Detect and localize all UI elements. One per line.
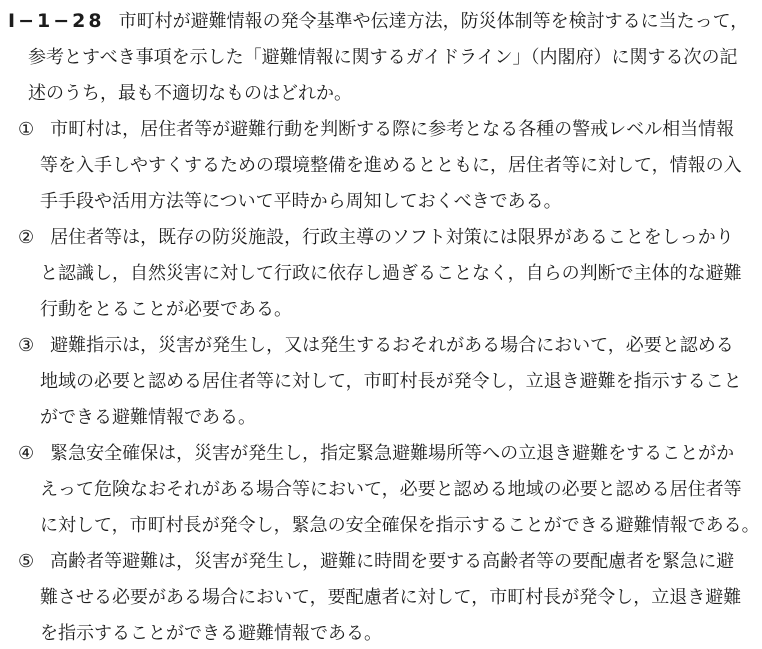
choice-3-line-2: 地域の必要と認める居住者等に対して，市町村長が発令し，立退き避難を指示すること: [0, 363, 762, 399]
choice-2-marker: ②: [18, 227, 34, 247]
question-stem-text: 市町村が避難情報の発令基準や伝達方法，防災体制等を検討するに当たって，: [119, 11, 749, 31]
choice-4-text: 緊急安全確保は，災害が発生し，指定緊急避難場所等への立退き避難をすることがか: [50, 443, 734, 463]
question-stem-line-3: 述のうち，最も不適切なものはどれか。: [0, 75, 762, 111]
choice-1-line-3: 手手段や活用方法等について平時から周知しておくべきである。: [0, 183, 762, 219]
choice-1-line-2: 等を入手しやすくするための環境整備を進めるとともに，居住者等に対して，情報の入: [0, 147, 762, 183]
choice-4-line-2: えって危険なおそれがある場合等において，必要と認める地域の必要と認める居住者等: [0, 471, 762, 507]
choice-2-text: 居住者等は，既存の防災施設，行政主導のソフト対策には限界があることをしっかり: [50, 227, 734, 247]
exam-question-page: Ⅰ−1−28市町村が避難情報の発令基準や伝達方法，防災体制等を検討するに当たって…: [0, 0, 762, 649]
choice-3-text: 避難指示は，災害が発生し，又は発生するおそれがある場合において，必要と認める: [50, 335, 734, 355]
choice-2-line-2: と認識し，自然災害に対して行政に依存し過ぎることなく，自らの判断で主体的な避難: [0, 255, 762, 291]
choice-2-line-3: 行動をとることが必要である。: [0, 291, 762, 327]
choice-1-text: 市町村は，居住者等が避難行動を判断する際に参考となる各種の警戒レベル相当情報: [50, 119, 734, 139]
question-stem-line-1: Ⅰ−1−28市町村が避難情報の発令基準や伝達方法，防災体制等を検討するに当たって…: [0, 3, 762, 39]
choice-5-line-2: 難させる必要がある場合において，要配慮者に対して，市町村長が発令し，立退き避難: [0, 579, 762, 615]
question-stem-line-2: 参考とすべき事項を示した「避難情報に関するガイドライン」（内閣府）に関する次の記: [0, 39, 762, 75]
choice-4-line-3: に対して，市町村長が発令し，緊急の安全確保を指示することができる避難情報である。: [0, 507, 762, 543]
question-number: Ⅰ−1−28: [8, 10, 105, 32]
choice-1: ①市町村は，居住者等が避難行動を判断する際に参考となる各種の警戒レベル相当情報: [0, 111, 762, 147]
choice-5-text: 高齢者等避難は，災害が発生し，避難に時間を要する高齢者等の要配慮者を緊急に避: [50, 551, 734, 571]
choice-4: ④緊急安全確保は，災害が発生し，指定緊急避難場所等への立退き避難をすることがか: [0, 435, 762, 471]
choice-3-marker: ③: [18, 335, 34, 355]
choice-1-marker: ①: [18, 119, 34, 139]
choice-4-marker: ④: [18, 443, 34, 463]
choice-5: ⑤高齢者等避難は，災害が発生し，避難に時間を要する高齢者等の要配慮者を緊急に避: [0, 543, 762, 579]
choice-3: ③避難指示は，災害が発生し，又は発生するおそれがある場合において，必要と認める: [0, 327, 762, 363]
choice-2: ②居住者等は，既存の防災施設，行政主導のソフト対策には限界があることをしっかり: [0, 219, 762, 255]
choice-5-line-3: を指示することができる避難情報である。: [0, 615, 762, 649]
choice-3-line-3: ができる避難情報である。: [0, 399, 762, 435]
choice-5-marker: ⑤: [18, 551, 34, 571]
